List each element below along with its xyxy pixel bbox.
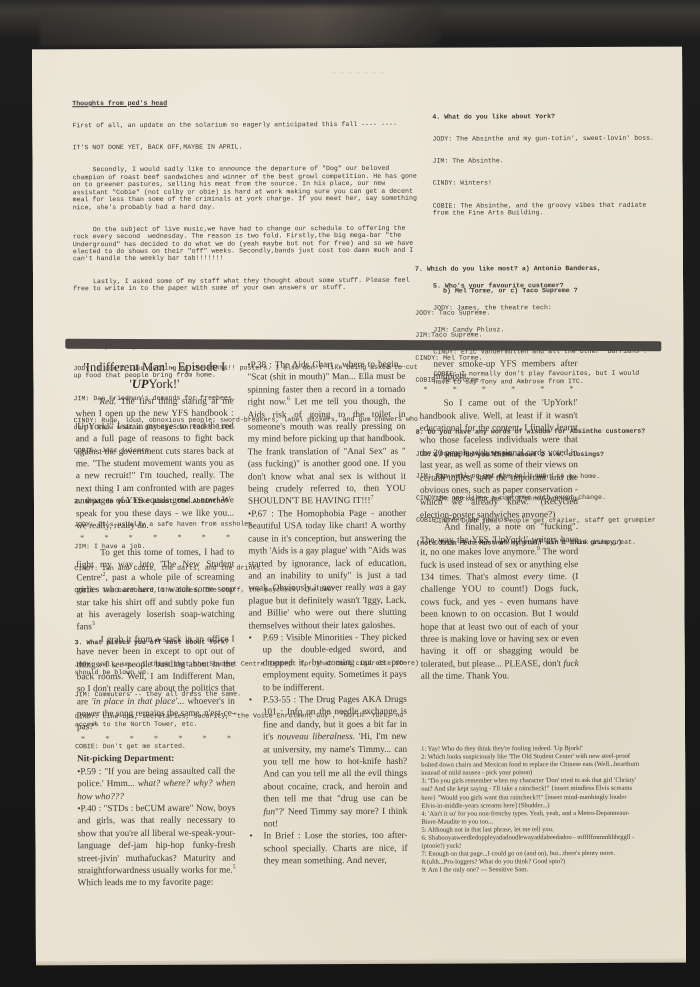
footnote: 3: "Do you girls remember when my charac… bbox=[421, 777, 641, 810]
article-column-1: 'Indifferent Man' - Episode I 'UPYork!' … bbox=[75, 359, 235, 890]
headline-italic: UP bbox=[132, 377, 149, 391]
paragraph: I grab it from a stack in an office I ha… bbox=[77, 632, 235, 732]
footnote: 2: Which looks suspiciously like 'The Ol… bbox=[421, 753, 641, 778]
section-title: Thoughts from ped's head bbox=[72, 99, 422, 108]
background-photo-edge bbox=[40, 6, 440, 46]
bullet-item: •P.67 : The Homophobia Page - another be… bbox=[248, 507, 407, 632]
faint-page-header: ~ ~ ~ ~ ~ ~ ~ bbox=[332, 70, 384, 76]
bullet-item: •P.59 : "If you are being assaulted call… bbox=[77, 764, 235, 802]
question: 7. Which do you like most? a) Antonio Ba… bbox=[415, 264, 655, 272]
newspaper-page: ~ ~ ~ ~ ~ ~ ~ Thoughts from ped's head F… bbox=[32, 47, 686, 962]
nit-picking-heading: Nit-picking Department: bbox=[77, 752, 235, 765]
question-continued: b) Mel Torme, or c) Taco Supreme ? bbox=[415, 287, 655, 295]
star-separator: ******* bbox=[77, 732, 235, 747]
footnote: 4: 'Ain't it so' for you non-frenchy typ… bbox=[421, 810, 641, 827]
headline-line-2: York!' bbox=[148, 377, 179, 391]
paragraph: To get this tome of tomes, I had to figh… bbox=[76, 545, 234, 633]
bullet-icon: • bbox=[249, 693, 252, 705]
answer: COBIE: The Absinthe, and the groovy vibe… bbox=[433, 201, 658, 217]
paragraph: Red. The first thing staring at me when … bbox=[76, 395, 235, 532]
paragraph: Secondly, I would sadly like to announce… bbox=[73, 165, 423, 211]
intro-line: IT'S NOT DONE YET, BACK OFF,MAYBE IN APR… bbox=[72, 143, 422, 152]
footnotes: 1: Yay! Who do they think they're foolin… bbox=[421, 745, 642, 875]
continued-text: never smoke-up YFS members after midnigh… bbox=[419, 357, 577, 383]
bullet-icon: • bbox=[249, 631, 252, 643]
intro-line: First of all, an update on the solarium … bbox=[72, 121, 422, 130]
article-column-3: never smoke-up YFS members after midnigh… bbox=[419, 357, 578, 682]
question: 4. What do you like about York? bbox=[432, 112, 657, 120]
answer: JODY: Taco Supreme. bbox=[415, 309, 655, 317]
bullet-item: •P.40 : "STDs : beCUM aware" Now, boys a… bbox=[77, 802, 235, 890]
paragraph: So I came out of the 'UpYork!' handbook … bbox=[420, 396, 579, 521]
answer: JIM:Taco Supreme. bbox=[415, 331, 655, 339]
bullet-item: •In Brief : Lose the stories, too after-… bbox=[249, 829, 407, 867]
paragraph: And finally, a note on "fucking". The wa… bbox=[420, 520, 579, 682]
headline-line-1: 'Indifferent Man' - Episode I bbox=[83, 360, 225, 375]
star-separator: ******* bbox=[76, 531, 234, 546]
footnote: 9: Am I the only one? --- Sensitive Sam. bbox=[422, 866, 642, 875]
bullet-item: •P.69 : Visible Minorities - They picked… bbox=[249, 631, 407, 694]
bullet-icon: • bbox=[249, 830, 252, 842]
paragraph: On the subject of live music,we have had… bbox=[73, 224, 423, 263]
answer: JIM: The Absinthe. bbox=[432, 157, 657, 165]
bullet-item: •P.53-55 : The Drug Pages AKA Drugs 101 … bbox=[249, 693, 408, 830]
answer: JODY: The Absinthe and my gun-totin', sw… bbox=[432, 135, 657, 143]
paragraph: Lastly, I asked some of my staff what th… bbox=[73, 276, 423, 292]
article-headline: 'Indifferent Man' - Episode I 'UPYork!' bbox=[75, 359, 233, 394]
star-separator: ****** bbox=[419, 382, 577, 397]
article-column-2: •P.38 : The Aids Chart - where to begin.… bbox=[247, 358, 407, 867]
question-block: 4. What do you like about York? JODY: Th… bbox=[432, 98, 658, 232]
answer: CINDY: Winters! bbox=[433, 179, 658, 187]
footnote: 6: Shabooyatweedledoppleyadadoodlewayadd… bbox=[421, 834, 641, 851]
bullet-item: •P.38 : The Aids Chart - where to begin.… bbox=[247, 358, 406, 508]
